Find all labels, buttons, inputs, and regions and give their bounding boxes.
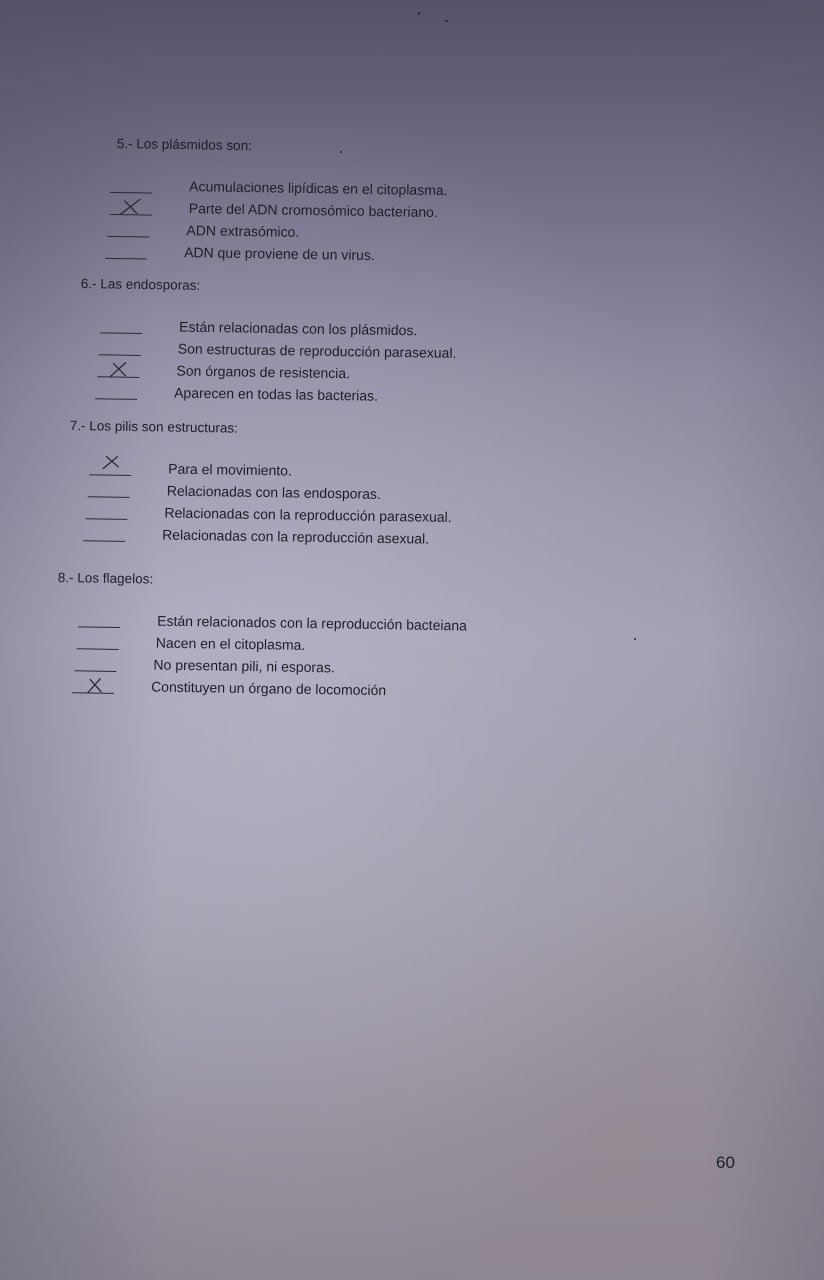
question-title: 6.- Las endosporas: <box>81 276 458 297</box>
options-list: Están relacionados con la reproducción b… <box>77 605 467 699</box>
answer-blank[interactable] <box>78 612 120 628</box>
paper-speck <box>418 12 421 16</box>
answer-blank[interactable] <box>100 318 142 334</box>
question-6: 6.- Las endosporas: Están relacionadas c… <box>79 276 457 405</box>
option-text: Relacionadas con las endosporas. <box>167 483 381 502</box>
options-list: Acumulaciones lipídicas en el citoplasma… <box>109 171 448 264</box>
question-title: 7.- Los pilis son estructuras: <box>70 418 453 439</box>
option-text: Relacionadas con la reproducción asexual… <box>162 526 429 546</box>
question-7: 7.- Los pilis son estructuras: Para el m… <box>68 418 453 547</box>
page-number: 60 <box>716 1153 735 1173</box>
answer-blank[interactable] <box>105 244 147 260</box>
option-text: No presentan pili, ni esporas. <box>153 657 335 676</box>
option-text: Nacen en el citoplasma. <box>156 635 306 653</box>
answer-blank[interactable] <box>110 178 152 194</box>
option-text: Son órganos de resistencia. <box>176 363 350 382</box>
x-mark-icon <box>105 359 131 377</box>
answer-blank[interactable] <box>99 340 141 356</box>
paper-speck <box>445 20 448 22</box>
x-mark-icon <box>80 675 106 693</box>
option-text: Aparecen en todas las bacterias. <box>174 384 378 403</box>
option-text: Constituyen un órgano de locomoción <box>151 678 386 698</box>
answer-blank[interactable] <box>85 504 127 520</box>
answer-blank[interactable] <box>88 482 130 498</box>
question-title: 8.- Los flagelos: <box>58 570 468 591</box>
x-mark-icon <box>118 197 144 215</box>
option-text: ADN que proviene de un virus. <box>184 244 375 263</box>
answer-blank[interactable] <box>107 222 149 238</box>
options-list: Están relacionadas con los plásmidos. So… <box>99 311 457 405</box>
answer-blank[interactable] <box>74 656 116 672</box>
answer-blank[interactable] <box>77 634 119 650</box>
option-text: Para el movimiento. <box>168 461 292 479</box>
answer-blank[interactable] <box>110 200 152 216</box>
page-shadow-right <box>704 0 824 1280</box>
options-list: Para el movimiento. Relacionadas con las… <box>88 453 453 547</box>
question-title: 5.- Los plásmidos son: <box>117 136 449 156</box>
answer-blank[interactable] <box>83 526 125 542</box>
answer-blank[interactable] <box>89 460 131 476</box>
question-8: 8.- Los flagelos: Están relacionados con… <box>56 570 468 699</box>
paper-speck <box>634 638 636 640</box>
x-mark-icon <box>97 453 123 471</box>
answer-blank[interactable] <box>97 362 139 378</box>
answer-blank[interactable] <box>72 678 114 694</box>
answer-blank[interactable] <box>95 384 137 400</box>
question-5: 5.- Los plásmidos son: Acumulaciones lip… <box>115 136 448 264</box>
option-text: ADN extrasómico. <box>186 222 299 240</box>
